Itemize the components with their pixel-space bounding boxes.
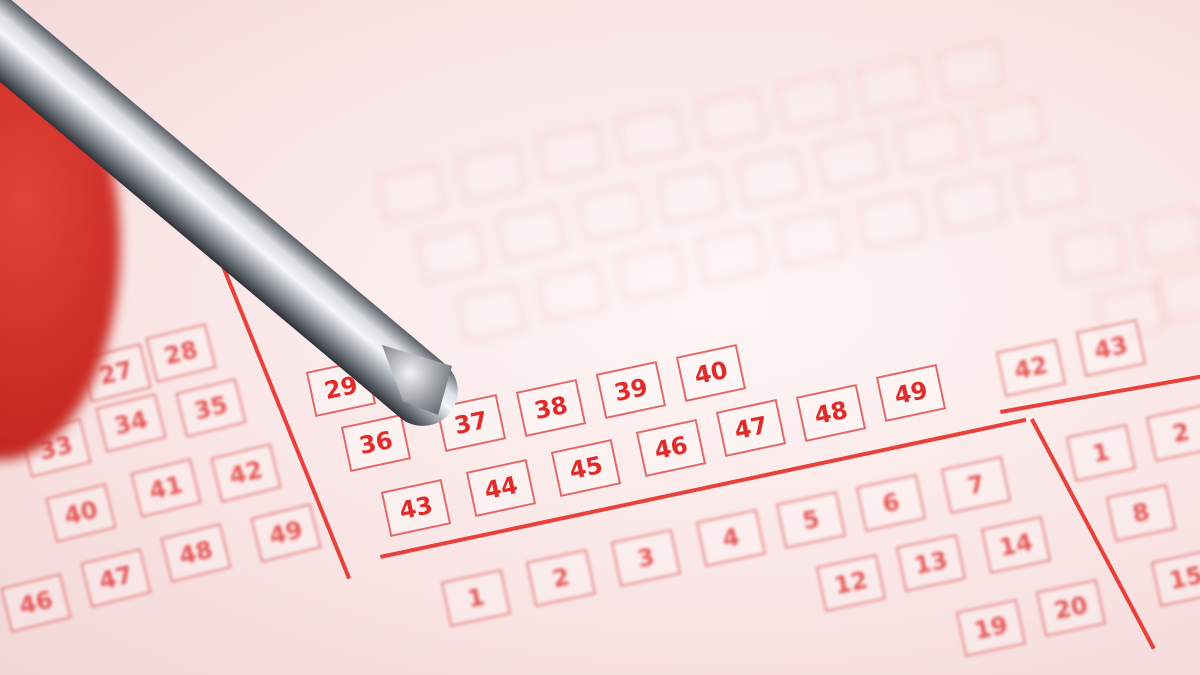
number-box: 3 bbox=[611, 529, 681, 587]
number-box: 40 bbox=[676, 344, 746, 402]
number-box bbox=[376, 164, 446, 222]
number-box: 44 bbox=[466, 459, 536, 517]
number-box: 6 bbox=[856, 474, 926, 532]
number-box bbox=[1056, 224, 1126, 282]
number-box bbox=[576, 184, 646, 242]
number-box: 19 bbox=[956, 599, 1026, 657]
number-box: 46 bbox=[0, 573, 71, 633]
number-box: 48 bbox=[160, 523, 231, 583]
number-box bbox=[1016, 156, 1086, 214]
number-box: 43 bbox=[381, 479, 451, 537]
number-box: 39 bbox=[596, 361, 666, 419]
number-box: 35 bbox=[175, 378, 246, 438]
number-box bbox=[536, 124, 606, 182]
number-box: 38 bbox=[516, 379, 586, 437]
number-box bbox=[936, 40, 1006, 98]
number-box bbox=[776, 209, 846, 267]
number-box: 13 bbox=[896, 534, 966, 592]
number-box: 46 bbox=[636, 419, 706, 477]
number-box bbox=[816, 132, 886, 190]
number-box bbox=[896, 114, 966, 172]
number-box bbox=[616, 106, 686, 164]
number-box bbox=[696, 89, 766, 147]
number-box: 20 bbox=[1036, 579, 1106, 637]
number-box: 14 bbox=[981, 516, 1051, 574]
number-box: 41 bbox=[130, 458, 201, 518]
number-box: 49 bbox=[876, 364, 946, 422]
number-box: 42 bbox=[996, 339, 1066, 397]
number-box: 7 bbox=[941, 456, 1011, 514]
number-box bbox=[416, 224, 486, 282]
number-box bbox=[456, 284, 526, 342]
number-box: 28 bbox=[145, 323, 216, 383]
number-box: 34 bbox=[95, 393, 166, 453]
number-box bbox=[976, 96, 1046, 154]
number-box bbox=[736, 149, 806, 207]
number-box: 5 bbox=[776, 491, 846, 549]
number-box bbox=[696, 226, 766, 284]
number-box: 4 bbox=[696, 509, 766, 567]
number-box: 36 bbox=[341, 414, 411, 472]
number-box bbox=[536, 264, 606, 322]
number-box bbox=[776, 72, 846, 130]
number-box: 47 bbox=[80, 548, 151, 608]
number-box: 12 bbox=[816, 554, 886, 612]
number-box bbox=[656, 166, 726, 224]
number-box bbox=[456, 144, 526, 202]
number-box: 2 bbox=[526, 549, 596, 607]
number-box: 8 bbox=[1106, 484, 1176, 542]
number-box: 42 bbox=[210, 443, 281, 503]
number-box bbox=[616, 244, 686, 302]
number-box bbox=[856, 56, 926, 114]
number-box: 48 bbox=[796, 384, 866, 442]
lottery-ticket-photo: 282734353341424049484746 293839404849363… bbox=[0, 0, 1200, 675]
number-box: 1 bbox=[441, 569, 511, 627]
number-box: 1 bbox=[1066, 424, 1136, 482]
number-box: 45 bbox=[551, 439, 621, 497]
number-box: 43 bbox=[1076, 319, 1146, 377]
number-box: 40 bbox=[45, 483, 116, 543]
number-box: 15 bbox=[1151, 549, 1200, 607]
number-box: 47 bbox=[716, 399, 786, 457]
number-box bbox=[856, 192, 926, 250]
number-box bbox=[936, 174, 1006, 232]
number-box: 2 bbox=[1146, 404, 1200, 462]
number-box bbox=[1136, 206, 1200, 264]
number-box bbox=[496, 204, 566, 262]
number-box: 49 bbox=[250, 503, 321, 563]
